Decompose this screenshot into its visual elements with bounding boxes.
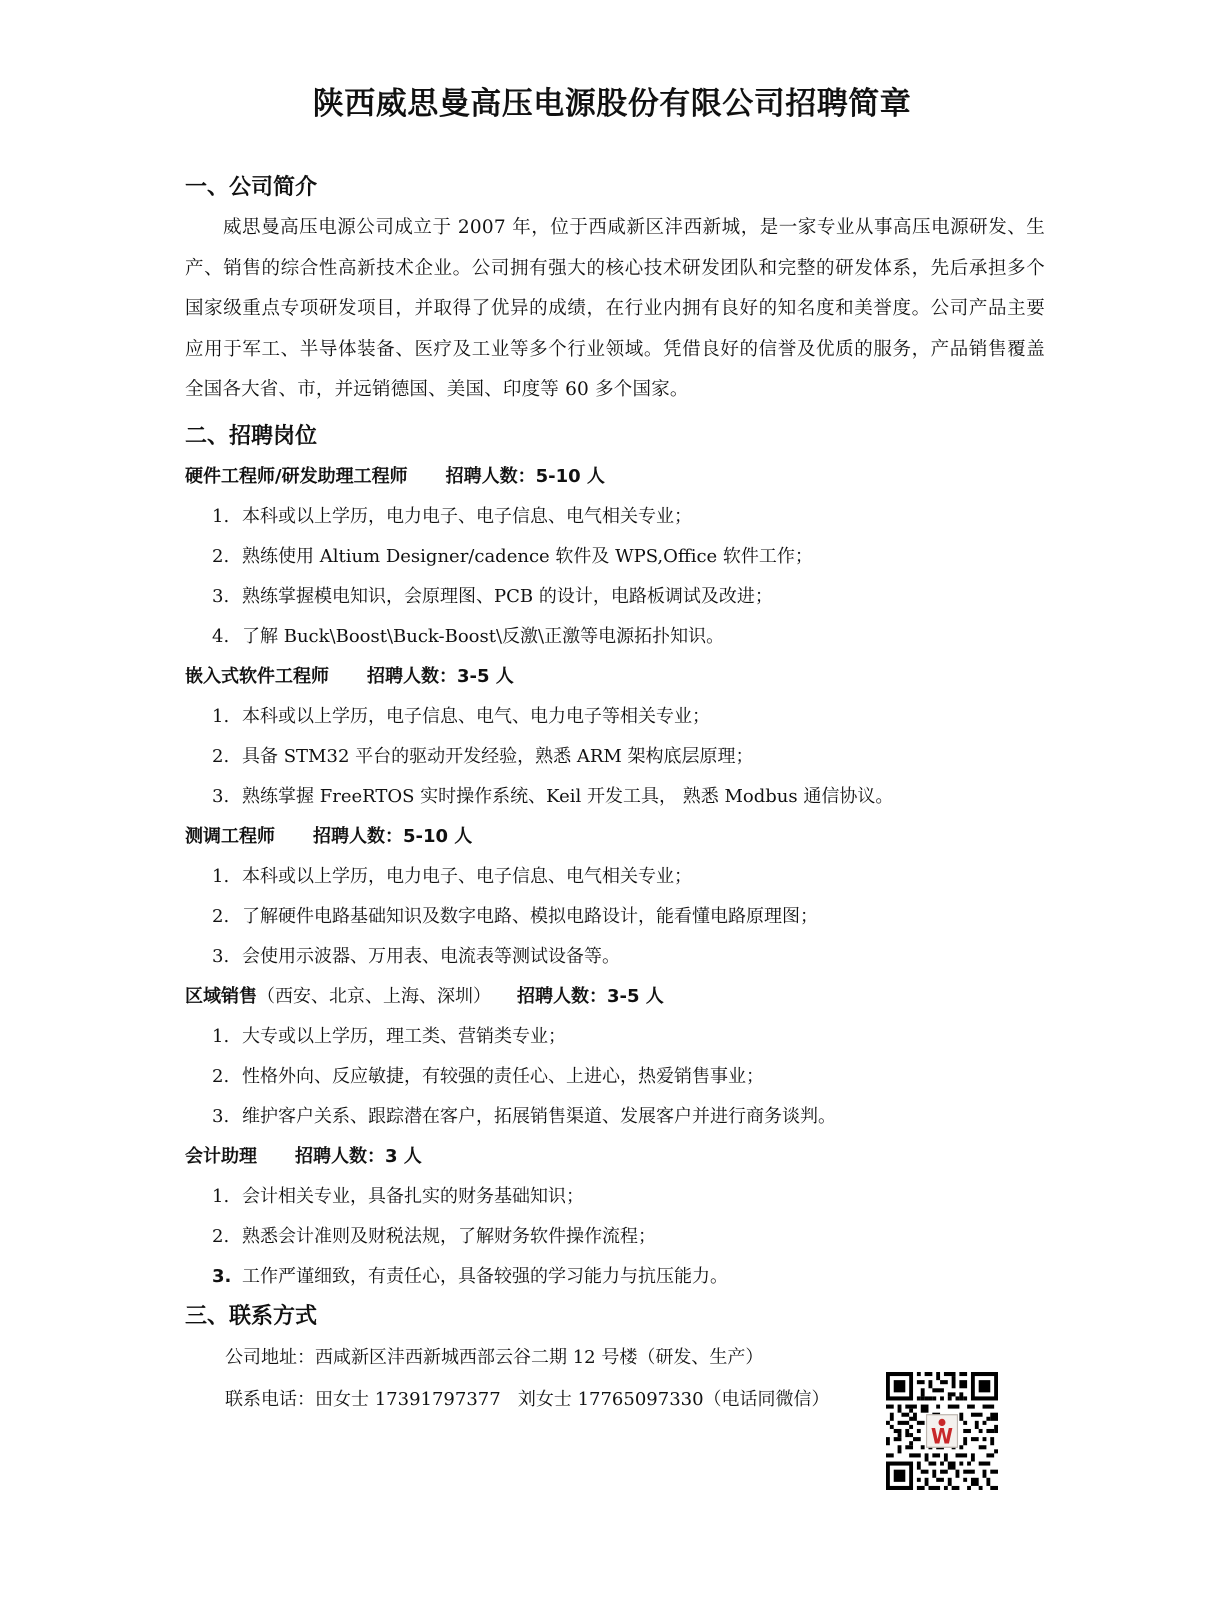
item-number: 3.	[212, 1257, 242, 1297]
requirement-item: 2.具备 STM32 平台的驱动开发经验，熟悉 ARM 架构底层原理；	[212, 737, 1045, 777]
item-text: 本科或以上学历，电子信息、电气、电力电子等相关专业；	[242, 706, 710, 727]
requirement-item: 3.熟练掌握 FreeRTOS 实时操作系统、Keil 开发工具， 熟悉 Mod…	[212, 777, 1045, 817]
requirement-item: 3.工作严谨细致，有责任心，具备较强的学习能力与抗压能力。	[212, 1257, 1045, 1297]
requirement-item: 1.本科或以上学历，电力电子、电子信息、电气相关专业；	[212, 497, 1045, 537]
item-text: 了解 Buck\Boost\Buck-Boost\反激\正激等电源拓扑知识。	[242, 626, 724, 647]
item-number: 3.	[212, 577, 242, 617]
requirement-item: 1.大专或以上学历，理工类、营销类专业；	[212, 1017, 1045, 1057]
job-headcount: 招聘人数：3 人	[295, 1146, 422, 1167]
item-number: 3.	[212, 937, 242, 977]
job-title-line: 硬件工程师/研发助理工程师招聘人数：5-10 人	[185, 457, 1045, 497]
item-text: 维护客户关系、跟踪潜在客户，拓展销售渠道、发展客户并进行商务谈判。	[242, 1106, 836, 1127]
requirement-item: 2.性格外向、反应敏捷，有较强的责任心、上进心，热爱销售事业；	[212, 1057, 1045, 1097]
item-text: 具备 STM32 平台的驱动开发经验，熟悉 ARM 架构底层原理；	[242, 746, 754, 767]
job-headcount: 招聘人数：5-10 人	[313, 826, 472, 847]
requirement-item: 1.本科或以上学历，电力电子、电子信息、电气相关专业；	[212, 857, 1045, 897]
requirement-item: 1.本科或以上学历，电子信息、电气、电力电子等相关专业；	[212, 697, 1045, 737]
requirement-item: 1.会计相关专业，具备扎实的财务基础知识；	[212, 1177, 1045, 1217]
item-number: 2.	[212, 537, 242, 577]
job-title-line: 嵌入式软件工程师招聘人数：3-5 人	[185, 657, 1045, 697]
qr-code-icon: W	[886, 1372, 998, 1490]
requirement-item: 3.熟练掌握模电知识，会原理图、PCB 的设计，电路板调试及改进；	[212, 577, 1045, 617]
job-title: 测调工程师	[185, 826, 275, 847]
requirement-item: 3.会使用示波器、万用表、电流表等测试设备等。	[212, 937, 1045, 977]
item-text: 会计相关专业，具备扎实的财务基础知识；	[242, 1186, 584, 1207]
item-number: 1.	[212, 857, 242, 897]
item-text: 会使用示波器、万用表、电流表等测试设备等。	[242, 946, 620, 967]
job-accounting-assistant: 会计助理招聘人数：3 人 1.会计相关专业，具备扎实的财务基础知识； 2.熟悉会…	[185, 1137, 1045, 1297]
item-text: 本科或以上学历，电力电子、电子信息、电气相关专业；	[242, 866, 692, 887]
job-title: 硬件工程师/研发助理工程师	[185, 466, 408, 487]
section-heading-positions: 二、招聘岗位	[185, 417, 1045, 457]
requirement-item: 2.了解硬件电路基础知识及数字电路、模拟电路设计，能看懂电路原理图；	[212, 897, 1045, 937]
qr-logo-letter: W	[931, 1424, 953, 1449]
job-headcount: 招聘人数：5-10 人	[446, 466, 605, 487]
requirements-list: 1.本科或以上学历，电子信息、电气、电力电子等相关专业； 2.具备 STM32 …	[185, 697, 1045, 817]
item-number: 1.	[212, 497, 242, 537]
item-text: 大专或以上学历，理工类、营销类专业；	[242, 1026, 566, 1047]
job-title-line: 会计助理招聘人数：3 人	[185, 1137, 1045, 1177]
job-test-engineer: 测调工程师招聘人数：5-10 人 1.本科或以上学历，电力电子、电子信息、电气相…	[185, 817, 1045, 977]
wechat-qr-code: W	[886, 1372, 998, 1490]
job-headcount: 招聘人数：3-5 人	[367, 666, 514, 687]
item-text: 熟悉会计准则及财税法规，了解财务软件操作流程；	[242, 1226, 656, 1247]
job-regional-sales: 区域销售（西安、北京、上海、深圳）招聘人数：3-5 人 1.大专或以上学历，理工…	[185, 977, 1045, 1137]
requirements-list: 1.本科或以上学历，电力电子、电子信息、电气相关专业； 2.了解硬件电路基础知识…	[185, 857, 1045, 977]
item-number: 1.	[212, 1177, 242, 1217]
section-heading-intro: 一、公司简介	[185, 168, 1045, 208]
requirement-item: 3.维护客户关系、跟踪潜在客户，拓展销售渠道、发展客户并进行商务谈判。	[212, 1097, 1045, 1137]
item-text: 熟练掌握 FreeRTOS 实时操作系统、Keil 开发工具， 熟悉 Modbu…	[242, 786, 893, 807]
job-hardware-engineer: 硬件工程师/研发助理工程师招聘人数：5-10 人 1.本科或以上学历，电力电子、…	[185, 457, 1045, 657]
item-number: 1.	[212, 1017, 242, 1057]
item-number: 2.	[212, 1217, 242, 1257]
document-page: 陕西威思曼高压电源股份有限公司招聘简章 一、公司简介 威思曼高压电源公司成立于 …	[0, 0, 1224, 1605]
item-number: 4.	[212, 617, 242, 657]
item-number: 2.	[212, 1057, 242, 1097]
job-title-line: 区域销售（西安、北京、上海、深圳）招聘人数：3-5 人	[185, 977, 1045, 1017]
job-embedded-software-engineer: 嵌入式软件工程师招聘人数：3-5 人 1.本科或以上学历，电子信息、电气、电力电…	[185, 657, 1045, 817]
item-number: 1.	[212, 697, 242, 737]
requirements-list: 1.会计相关专业，具备扎实的财务基础知识； 2.熟悉会计准则及财税法规，了解财务…	[185, 1177, 1045, 1297]
item-text: 熟练使用 Altium Designer/cadence 软件及 WPS,Off…	[242, 546, 813, 567]
requirements-list: 1.大专或以上学历，理工类、营销类专业； 2.性格外向、反应敏捷，有较强的责任心…	[185, 1017, 1045, 1137]
document-body: 一、公司简介 威思曼高压电源公司成立于 2007 年，位于西咸新区沣西新城，是一…	[185, 168, 1045, 1421]
company-intro-paragraph: 威思曼高压电源公司成立于 2007 年，位于西咸新区沣西新城，是一家专业从事高压…	[185, 208, 1045, 411]
job-title: 会计助理	[185, 1146, 257, 1167]
requirement-item: 2.熟悉会计准则及财税法规，了解财务软件操作流程；	[212, 1217, 1045, 1257]
job-title: 嵌入式软件工程师	[185, 666, 329, 687]
item-number: 3.	[212, 777, 242, 817]
item-text: 性格外向、反应敏捷，有较强的责任心、上进心，热爱销售事业；	[242, 1066, 764, 1087]
item-number: 2.	[212, 737, 242, 777]
job-title-line: 测调工程师招聘人数：5-10 人	[185, 817, 1045, 857]
item-number: 3.	[212, 1097, 242, 1137]
item-number: 2.	[212, 897, 242, 937]
requirements-list: 1.本科或以上学历，电力电子、电子信息、电气相关专业； 2.熟练使用 Altiu…	[185, 497, 1045, 657]
job-headcount: 招聘人数：3-5 人	[517, 986, 664, 1007]
requirement-item: 4.了解 Buck\Boost\Buck-Boost\反激\正激等电源拓扑知识。	[212, 617, 1045, 657]
job-title: 区域销售	[185, 986, 257, 1007]
job-subtitle: （西安、北京、上海、深圳）	[257, 986, 491, 1007]
section-heading-contact: 三、联系方式	[185, 1297, 1045, 1337]
item-text: 了解硬件电路基础知识及数字电路、模拟电路设计，能看懂电路原理图；	[242, 906, 818, 927]
item-text: 本科或以上学历，电力电子、电子信息、电气相关专业；	[242, 506, 692, 527]
requirement-item: 2.熟练使用 Altium Designer/cadence 软件及 WPS,O…	[212, 537, 1045, 577]
page-title: 陕西威思曼高压电源股份有限公司招聘简章	[0, 78, 1224, 123]
item-text: 工作严谨细致，有责任心，具备较强的学习能力与抗压能力。	[242, 1266, 728, 1287]
item-text: 熟练掌握模电知识，会原理图、PCB 的设计，电路板调试及改进；	[242, 586, 773, 607]
